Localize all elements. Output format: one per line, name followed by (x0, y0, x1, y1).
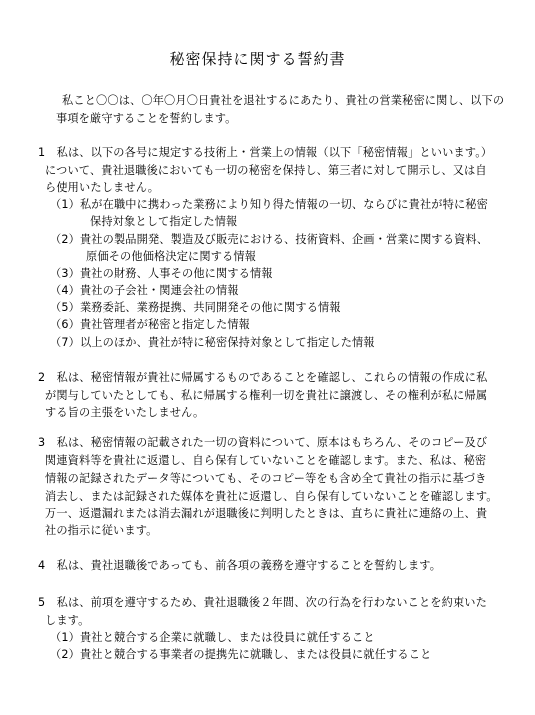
clause1-item-2: （2）貴社の製品開発、製造及び販売における、技術資料、企画・営業に関する資料、 (50, 233, 488, 247)
document-title: 秘密保持に関する誓約書 (0, 49, 515, 69)
clause2-line-2: が関与していたとしても、私に帰属する権利一切を貴社に譲渡し、その権利が私に帰属 (45, 389, 487, 403)
clause1-item-1-cont: 保持対象として指定した情報 (90, 215, 237, 229)
clause1-item-1: （1）私が在職中に携わった業務により知り得た情報の一切、ならびに貴社が特に秘密 (50, 198, 488, 212)
clause1-item-2-cont: 原価その他価格決定に関する情報 (86, 250, 256, 264)
clause3-line-1: 3 私は、秘密情報の記載された一切の資料について、原本はもちろん、そのコピー及び (38, 436, 487, 450)
clause3-line-5: 万一、返還漏れまたは消去漏れが退職後に判明したときは、直ちに貴社に連絡の上、貴 (45, 507, 487, 521)
clause5-item-1: （1）貴社と競合する企業に就職し、または役員に就任すること (50, 631, 375, 645)
clause1-line-3: ら使用いたしません。 (45, 181, 159, 195)
clause1-line-1: 1 私は、以下の各号に規定する技術上・営業上の情報（以下「秘密情報」といいます。… (38, 146, 492, 160)
clause1-line-2: について、貴社退職後においても一切の秘密を保持し、第三者に対して開示し、又は自 (45, 164, 487, 178)
clause2-line-1: 2 私は、秘密情報が貴社に帰属するものであることを確認し、これらの情報の作成に私 (38, 371, 487, 385)
clause3-line-4: 消去し、または記録された媒体を貴社に返還し、自ら保有していないことを確認します。 (45, 490, 498, 504)
document-page: 秘密保持に関する誓約書 私こと〇〇は、〇年〇月〇日貴社を退社するにあたり、貴社の… (0, 0, 535, 715)
clause5-line-1: 5 私は、前項を遵守するため、貴社退職後２年間、次の行為を行わないことを約束いた (38, 596, 487, 610)
clause4-line-1: 4 私は、貴社退職後であっても、前各項の義務を遵守することを誓約します。 (38, 559, 441, 573)
clause1-item-6: （6）貴社管理者が秘密と指定した情報 (50, 318, 250, 332)
intro-line-1: 私こと〇〇は、〇年〇月〇日貴社を退社するにあたり、貴社の営業秘密に関し、以下の (62, 94, 504, 108)
clause3-line-2: 関連資料等を貴社に返還し、自ら保有していないことを確認します。また、私は、秘密 (45, 454, 486, 468)
clause3-line-3: 情報の記録されたデータ等についても、そのコピー等をも含め全て貴社の指示に基づき (45, 472, 487, 486)
clause5-item-2: （2）貴社と競合する事業者の提携先に就職し、または役員に就任すること (50, 648, 431, 662)
clause1-item-5: （5）業務委託、業務提携、共同開発その他に関する情報 (50, 301, 341, 315)
clause5-line-2: します。 (45, 614, 89, 628)
clause2-line-3: する旨の主張をいたしません。 (45, 406, 204, 420)
clause1-item-4: （4）貴社の子会社・関連会社の情報 (50, 284, 239, 298)
clause3-line-6: 社の指示に従います。 (45, 524, 157, 538)
intro-line-2: 事項を厳守することを誓約します。 (56, 112, 237, 126)
clause1-item-3: （3）貴社の財務、人事その他に関する情報 (50, 267, 273, 281)
clause1-item-7: （7）以上のほか、貴社が特に秘密保持対象として指定した情報 (50, 336, 375, 350)
